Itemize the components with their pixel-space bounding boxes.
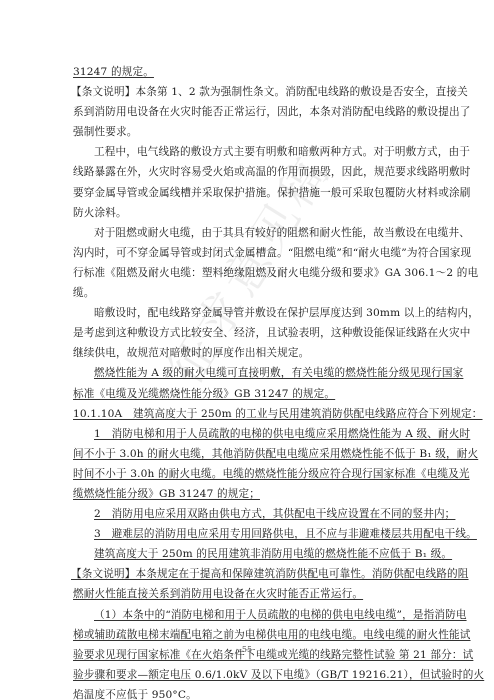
paragraph-start-line: 对于阻燃或耐火电缆，由于其具有较好的阻燃和耐火性能，故当敷设在电缆井、 xyxy=(73,223,425,243)
provision-explanation-heading-line: 【条文说明】本条规定在于提高和保障建筑消防供配电可靠性。消防供配电线路的阻 xyxy=(71,564,425,584)
revised-text-line: 焰温度不应低于 950°C。 xyxy=(73,685,425,700)
paragraph-start-line: 暗敷设时，配电线路穿金属导管并敷设在保护层厚度达到 30mm 以上的结构内， xyxy=(73,303,425,323)
text-line: 线路暴露在外，火灾时容易受火焰或高温的作用而损毁，因此，规范要求线路明敷时 xyxy=(73,162,425,182)
clause-item-2: 2 消防用电应采用双路由供电方式，其供配电干线应设置在不同的竖井内； xyxy=(73,504,425,524)
revised-text-line: 标准《电缆及光缆燃烧性能分级》GB 31247 的规定。 xyxy=(73,384,425,404)
text-line: 缆。 xyxy=(73,283,425,303)
page-body: 31247 的规定。 【条文说明】本条第 1、2 款为强制性条文。消防配电线路的… xyxy=(73,62,425,700)
provision-explanation-heading-line: 【条文说明】本条第 1、2 款为强制性条文。消防配电线路的敷设是否安全，直接关 xyxy=(71,82,425,102)
explanation-item-1: （1）本条中的“消防电梯和用于人员疏散的电梯的供电电线电缆”，是指消防电 xyxy=(73,605,425,625)
text-line: 是考虑到这种敷设方式比较安全、经济，且试验表明，这种敷设能保证线路在火灾中 xyxy=(73,323,425,343)
clause-heading-10-1-10A: 10.1.10A 建筑高度大于 250m 的工业与民用建筑消防供配电线路应符合下… xyxy=(73,404,425,424)
document-page: 征求意见稿 31247 的规定。 【条文说明】本条第 1、2 款为强制性条文。消… xyxy=(0,0,494,700)
revised-paragraph-start-line: 燃烧性能为 A 级的耐火电缆可直接明敷，有关电缆的燃烧性能分级见现行国家 xyxy=(73,363,425,383)
revised-text-line: 验步骤和要求—额定电压 0.6/1.0kV 及以下电缆》（GB/T 19216.… xyxy=(73,665,425,685)
text-line: 防火涂料。 xyxy=(73,203,425,223)
text-line: 强制性要求。 xyxy=(73,122,425,142)
revised-text-line: 间不小于 3.0h 的耐火电缆，其他消防供配电电缆应采用燃烧性能不低于 B₁ 级… xyxy=(73,444,425,464)
revised-text-line: 时间不小于 3.0h 的耐火电缆。电缆的燃烧性能分级应符合现行国家标准《电缆及光 xyxy=(73,464,425,484)
revised-text-line: 缆燃烧性能分级》GB 31247 的规定； xyxy=(73,484,425,504)
text-line: 继续供电，故规范对暗敷时的厚度作出相关规定。 xyxy=(73,343,425,363)
clause-closing-line: 建筑高度大于 250m 的民用建筑非消防用电缆的燃烧性能不应低于 B₁ 级。 xyxy=(73,544,425,564)
page-number: 55 xyxy=(0,645,494,654)
text-line: 要穿金属导管或金属线槽并采取保护措施。保护措施一般可采取包覆防火材料或涂刷 xyxy=(73,183,425,203)
text-line: 行标准《阻燃及耐火电缆：塑料绝缘阻燃及耐火电缆分级和要求》GA 306.1～2 … xyxy=(73,263,425,283)
revised-text-line: 燃耐火性能直接关系到消防用电设备在火灾时能否正常运行。 xyxy=(73,584,425,604)
paragraph-start-line: 工程中，电气线路的敷设方式主要有明敷和暗敷两种方式。对于明敷方式，由于 xyxy=(73,142,425,162)
text-line: 系到消防用电设备在火灾时能否正常运行，因此，本条对消防配电线路的敷设提出了 xyxy=(73,102,425,122)
clause-item-1: 1 消防电梯和用于人员疏散的电梯的供电电缆应采用燃烧性能为 A 级、耐火时 xyxy=(73,424,425,444)
revised-text-line: 梯或辅助疏散电梯末端配电箱之前为电梯供电用的电线电缆。电线电缆的耐火性能试 xyxy=(73,625,425,645)
clause-item-3: 3 避难层的消防用电应采用专用回路供电，且不应与非避难楼层共用配电干线。 xyxy=(73,524,425,544)
text-line: 31247 的规定。 xyxy=(73,62,425,82)
text-line: 沟内时，可不穿金属导管或封闭式金属槽盒。“阻燃电缆”和“耐火电缆”为符合国家现 xyxy=(73,243,425,263)
